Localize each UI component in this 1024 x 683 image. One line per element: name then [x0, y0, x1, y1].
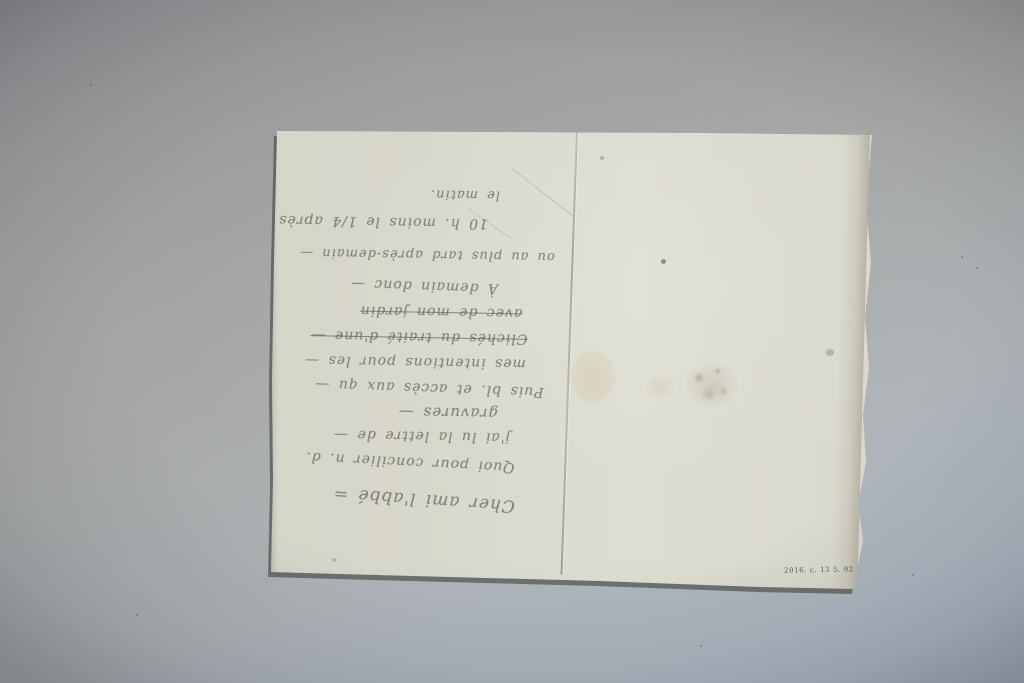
handwriting-line: Puis bl. et accès aux qu — [278, 373, 581, 404]
handwriting-line: le matin. [405, 183, 525, 205]
handwriting-line: mes intentions pour les — [286, 350, 544, 374]
dust-speck [976, 267, 978, 269]
dust-speck [90, 84, 92, 86]
shelfmark-inscription: 2016. c. 13 5. 92 5 [784, 565, 858, 574]
smudge [826, 349, 834, 356]
center-fold-crease [561, 131, 578, 575]
handwriting-line: j'ai lu la lettre de — [314, 424, 529, 448]
handwriting-line: ou au plus tard après-demain — [284, 242, 570, 267]
speck [332, 558, 337, 562]
dust-speck [136, 614, 138, 616]
stain [644, 375, 676, 399]
photo-of-letter: le matin. 10 h. moins le 1/4 après ou au… [0, 0, 1024, 683]
handwriting-line: Cher ami l'abbé = [343, 484, 516, 516]
dust-speck [700, 645, 702, 647]
handwriting-line: Quoi pour concilier n. d. [278, 445, 543, 479]
ink-speck [661, 259, 666, 264]
paper-torn-right-edge [831, 130, 870, 591]
foxing-blotch [676, 352, 748, 420]
handwriting-line: 10 h. moins le 1/4 après [298, 210, 488, 233]
speck [600, 156, 604, 160]
handwriting-line-struck: Clichés du traité d'une — [286, 325, 552, 350]
dust-speck [912, 574, 914, 576]
handwriting-line: À demain donc — [308, 272, 541, 300]
dust-speck [961, 256, 963, 258]
handwriting-line: gravures — [383, 402, 513, 424]
handwriting-line-struck: avec de mon jardin [335, 300, 547, 324]
